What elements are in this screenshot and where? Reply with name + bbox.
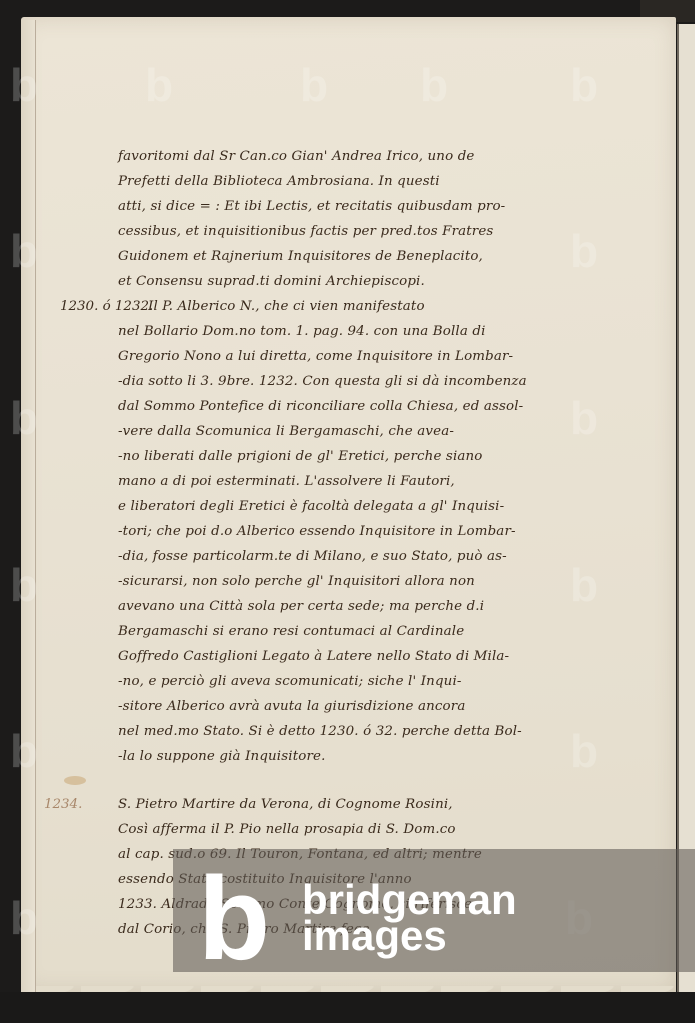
manuscript-line: -dia sotto li 3. 9bre. 1232. Con questa … [118,373,527,391]
manuscript-line: -dia, fosse particolarm.te di Milano, e … [118,548,507,566]
watermark-b-icon: b [10,228,38,274]
manuscript-line: atti, si dice = : Et ibi Lectis, et reci… [118,198,505,216]
manuscript-line: e liberatori degli Eretici è facoltà del… [118,498,504,516]
manuscript-line: cessibus, et inquisitionibus factis per … [118,223,493,241]
manuscript-line: Bergamaschi si erano resi contumaci al C… [118,623,464,641]
watermark-b-icon: b [420,62,448,108]
ink-stain [64,776,86,785]
bridgeman-logo-icon: b [198,866,270,972]
manuscript-line: Guidonem et Rajnerium Inquisitores de Be… [118,248,483,266]
manuscript-line: nel med.mo Stato. Si è detto 1230. ó 32.… [118,723,522,741]
watermark-b-icon: b [10,895,38,941]
manuscript-line: Goffredo Castiglioni Legato à Latere nel… [118,648,509,666]
manuscript-line: Così afferma il P. Pio nella prosapia di… [118,821,456,839]
manuscript-line: dal Sommo Pontefice di riconciliare coll… [118,398,523,416]
manuscript-line: -vere dalla Scomunica li Bergamaschi, ch… [118,423,454,441]
watermark-b-icon: b [570,395,598,441]
manuscript-line: -tori; che poi d.o Alberico essendo Inqu… [118,523,516,541]
watermark-b-icon: b [570,728,598,774]
manuscript-line: Gregorio Nono a lui diretta, come Inquis… [118,348,513,366]
margin-date-1230: 1230. ó 1232. [60,298,153,316]
watermark-b-icon: b [10,562,38,608]
manuscript-line: favoritomi dal Sr Can.co Gian' Andrea Ir… [118,148,475,166]
manuscript-line: Prefetti della Biblioteca Ambrosiana. In… [118,173,440,191]
manuscript-line: Il P. Alberico N., che ci vien manifesta… [148,298,425,316]
watermark-b-icon: b [145,62,173,108]
manuscript-line: S. Pietro Martire da Verona, di Cognome … [118,796,453,814]
watermark-b-icon: b [10,728,38,774]
manuscript-line: -sicurarsi, non solo perche gl' Inquisit… [118,573,475,591]
watermark-b-icon: b [10,395,38,441]
manuscript-line: nel Bollario Dom.no tom. 1. pag. 94. con… [118,323,486,341]
watermark-b-icon: b [570,562,598,608]
adjacent-page-edge [677,24,695,992]
watermark-b-icon: b [300,62,328,108]
manuscript-line: -sitore Alberico avrà avuta la giurisdiz… [118,698,465,716]
watermark-b-icon: b [570,228,598,274]
scan-bottom-edge [0,992,695,1023]
wordmark-line-2: images [302,918,517,954]
margin-date-1234: 1234. [44,796,82,814]
manuscript-line: -la lo suppone già Inquisitore. [118,748,325,766]
watermark-b-icon: b [570,62,598,108]
watermark-b-icon: b [10,62,38,108]
page-gutter-fold [21,20,36,992]
bridgeman-wordmark: bridgeman images [302,882,517,954]
manuscript-line: -no liberati dalle prigioni de gl' Ereti… [118,448,483,466]
manuscript-line: et Consensu suprad.ti domini Archiepisco… [118,273,425,291]
manuscript-line: -no, e perciò gli aveva scomunicati; sic… [118,673,462,691]
manuscript-line: mano a di poi esterminati. L'assolvere l… [118,473,455,491]
manuscript-line: avevano una Città sola per certa sede; m… [118,598,484,616]
